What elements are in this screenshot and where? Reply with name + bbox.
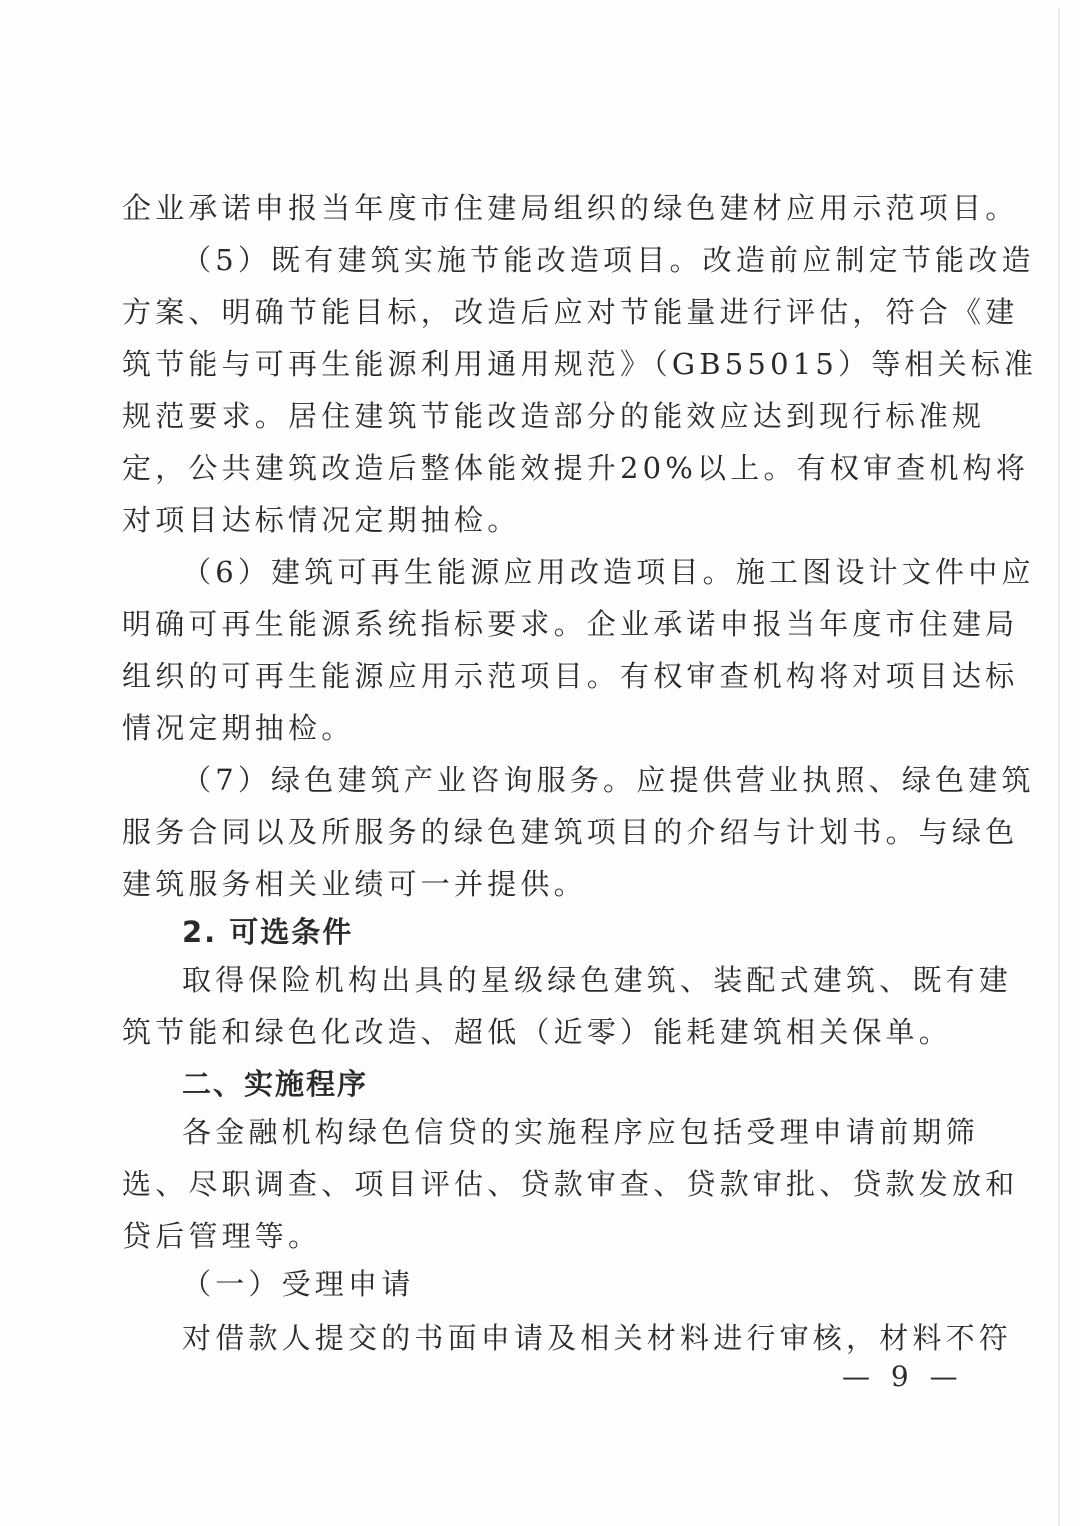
paragraph-line: 企业承诺申报当年度市住建局组织的绿色建材应用示范项目。 [122,188,932,228]
section-heading-optional-conditions: 2. 可选条件 [182,912,932,952]
paragraph-line: 规范要求。居住建筑节能改造部分的能效应达到现行标准规 [122,396,932,436]
paragraph-line: 取得保险机构出具的星级绿色建筑、装配式建筑、既有建 [182,960,932,1000]
paragraph-line: 对借款人提交的书面申请及相关材料进行审核，材料不符 [182,1318,932,1358]
paragraph-line: 各金融机构绿色信贷的实施程序应包括受理申请前期筛 [182,1112,932,1152]
paragraph-line: 方案、明确节能目标，改造后应对节能量进行评估，符合《建 [122,292,932,332]
page-number: — 9 — [842,1360,964,1393]
paragraph-line-item-5: （5）既有建筑实施节能改造项目。改造前应制定节能改造 [182,240,932,280]
paragraph-line: 建筑服务相关业绩可一并提供。 [122,864,932,904]
paragraph-line: 情况定期抽检。 [122,708,932,748]
paragraph-line: 贷后管理等。 [122,1216,932,1256]
paragraph-line: 筑节能和绿色化改造、超低（近零）能耗建筑相关保单。 [122,1012,932,1052]
paragraph-line: 组织的可再生能源应用示范项目。有权审查机构将对项目达标 [122,656,932,696]
subsection-heading-application: （一）受理申请 [182,1264,932,1304]
paragraph-line-item-7: （7）绿色建筑产业咨询服务。应提供营业执照、绿色建筑 [182,760,932,800]
paragraph-line: 选、尽职调查、项目评估、贷款审查、贷款审批、贷款发放和 [122,1164,932,1204]
paragraph-line: 明确可再生能源系统指标要求。企业承诺申报当年度市住建局 [122,604,932,644]
paragraph-line: 筑节能与可再生能源利用通用规范》（GB55015）等相关标准 [122,344,932,384]
section-heading-implementation: 二、实施程序 [182,1064,932,1104]
paragraph-line: 对项目达标情况定期抽检。 [122,500,932,540]
paragraph-line: 服务合同以及所服务的绿色建筑项目的介绍与计划书。与绿色 [122,812,932,852]
page-edge-divider [1058,8,1060,1526]
paragraph-line-item-6: （6）建筑可再生能源应用改造项目。施工图设计文件中应 [182,552,932,592]
paragraph-line: 定，公共建筑改造后整体能效提升20%以上。有权审查机构将 [122,448,932,488]
